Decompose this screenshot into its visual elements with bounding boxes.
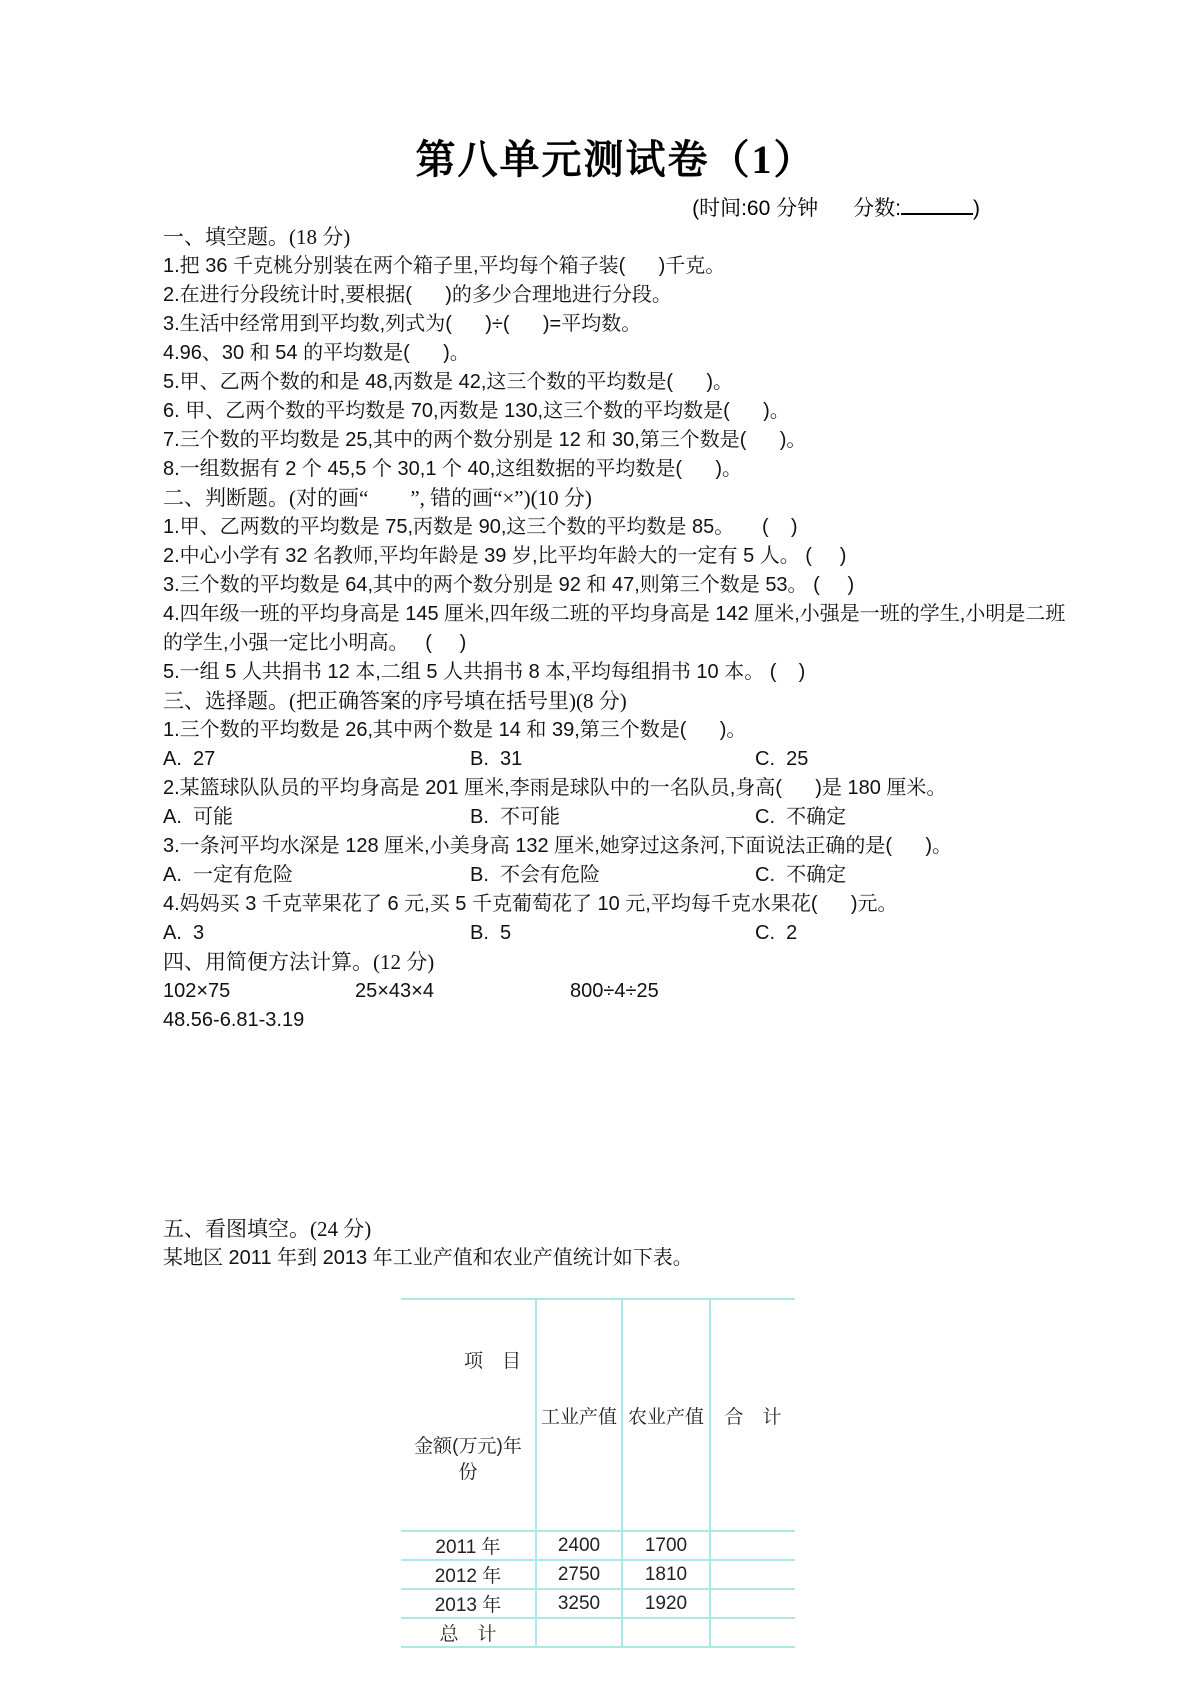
corner-top-label: 项 目	[401, 1344, 535, 1374]
fill-item: 2.在进行分段统计时,要根据( )的多少合理地进行分段。	[163, 281, 1068, 310]
section-3-header: 三、选择题。(把正确答案的序号填在括号里)(8 分)	[163, 687, 1068, 716]
choice-stem: 1.三个数的平均数是 26,其中两个数是 14 和 39,第三个数是( )。	[163, 716, 1068, 745]
judge-item: 1.甲、乙两数的平均数是 75,丙数是 90,这三个数的平均数是 85。 ( )	[163, 513, 1068, 542]
fill-item: 6. 甲、乙两个数的平均数是 70,丙数是 130,这三个数的平均数是( )。	[163, 397, 1068, 426]
agriculture-value: 1810	[622, 1560, 710, 1589]
judge-item: 5.一组 5 人共捐书 12 本,二组 5 人共捐书 8 本,平均每组捐书 10…	[163, 658, 1068, 687]
option-a: A. 可能	[163, 803, 470, 832]
agriculture-value: 1920	[622, 1589, 710, 1618]
total-value-blank	[710, 1531, 795, 1560]
option-a: A. 一定有危险	[163, 861, 470, 890]
option-a: A. 3	[163, 919, 470, 948]
score-blank-line	[901, 195, 973, 215]
fill-item: 7.三个数的平均数是 25,其中的两个数分别是 12 和 30,第三个数是( )…	[163, 426, 1068, 455]
table-row: 2012 年 2750 1810	[401, 1560, 795, 1589]
page-title: 第八单元测试卷（1）	[163, 132, 1068, 188]
section-1-header: 一、填空题。(18 分)	[163, 223, 1068, 252]
table-intro: 某地区 2011 年到 2013 年工业产值和农业产值统计如下表。	[163, 1244, 1068, 1273]
fill-item: 8.一组数据有 2 个 45,5 个 30,1 个 40,这组数据的平均数是( …	[163, 455, 1068, 484]
calc-expressions-row: 102×75 25×43×4 800÷4÷25	[163, 977, 1068, 1006]
table-row: 2011 年 2400 1700	[401, 1531, 795, 1560]
choice-stem: 4.妈妈买 3 千克苹果花了 6 元,买 5 千克葡萄花了 10 元,平均每千克…	[163, 890, 1068, 919]
choice-options: A. 可能 B. 不可能 C. 不确定	[163, 803, 1068, 832]
meta-close-paren: )	[973, 197, 980, 220]
judge-item: 2.中心小学有 32 名教师,平均年龄是 39 岁,比平均年龄大的一定有 5 人…	[163, 542, 1068, 571]
row-label: 2013 年	[401, 1589, 536, 1618]
time-label: (时间:60 分钟	[692, 197, 818, 220]
option-c: C. 25	[755, 745, 1068, 774]
row-label: 2011 年	[401, 1531, 536, 1560]
corner-header-cell: 项 目 金额(万元)年份	[401, 1299, 536, 1531]
calc-expression: 800÷4÷25	[570, 977, 1068, 1006]
row-label: 2012 年	[401, 1560, 536, 1589]
total-value-blank	[710, 1589, 795, 1618]
fill-item: 4.96、30 和 54 的平均数是( )。	[163, 339, 1068, 368]
col-header-total: 合 计	[710, 1299, 795, 1531]
table-header-row: 项 目 金额(万元)年份 工业产值 农业产值 合 计	[401, 1299, 795, 1531]
option-b: B. 不可能	[470, 803, 755, 832]
industry-value-blank	[536, 1618, 622, 1647]
choice-options: A. 3 B. 5 C. 2	[163, 919, 1068, 948]
agriculture-value-blank	[622, 1618, 710, 1647]
meta-gap	[818, 197, 853, 220]
option-b: B. 不会有危险	[470, 861, 755, 890]
choice-stem: 3.一条河平均水深是 128 厘米,小美身高 132 厘米,她穿过这条河,下面说…	[163, 832, 1068, 861]
blank-work-space	[163, 1035, 1068, 1215]
choice-options: A. 一定有危险 B. 不会有危险 C. 不确定	[163, 861, 1068, 890]
agriculture-value: 1700	[622, 1531, 710, 1560]
calc-expression: 25×43×4	[355, 977, 570, 1006]
fill-item: 3.生活中经常用到平均数,列式为( )÷( )=平均数。	[163, 310, 1068, 339]
table-row: 总 计	[401, 1618, 795, 1647]
choice-options: A. 27 B. 31 C. 25	[163, 745, 1068, 774]
option-b: B. 31	[470, 745, 755, 774]
section-5-header: 五、看图填空。(24 分)	[163, 1215, 1068, 1244]
section-2-header: 二、判断题。(对的画“ ”, 错的画“×”)(10 分)	[163, 484, 1068, 513]
corner-bottom-label: 金额(万元)年份	[401, 1434, 535, 1486]
option-c: C. 2	[755, 919, 1068, 948]
calc-expression: 102×75	[163, 977, 355, 1006]
option-a: A. 27	[163, 745, 470, 774]
judge-item: 3.三个数的平均数是 64,其中的两个数分别是 92 和 47,则第三个数是 5…	[163, 571, 1068, 600]
table-row: 2013 年 3250 1920	[401, 1589, 795, 1618]
meta-line: (时间:60 分钟 分数:)	[163, 194, 1068, 223]
choice-stem: 2.某篮球队队员的平均身高是 201 厘米,李雨是球队中的一名队员,身高( )是…	[163, 774, 1068, 803]
fill-item: 5.甲、乙两个数的和是 48,丙数是 42,这三个数的平均数是( )。	[163, 368, 1068, 397]
option-b: B. 5	[470, 919, 755, 948]
page-content: 第八单元测试卷（1） (时间:60 分钟 分数:) 一、填空题。(18 分) 1…	[163, 132, 1068, 1648]
industry-value: 2750	[536, 1560, 622, 1589]
col-header-agriculture: 农业产值	[622, 1299, 710, 1531]
score-label: 分数:	[853, 197, 901, 220]
judge-item: 4.四年级一班的平均身高是 145 厘米,四年级二班的平均身高是 142 厘米,…	[163, 600, 1068, 658]
total-value-blank	[710, 1560, 795, 1589]
fill-item: 1.把 36 千克桃分别装在两个箱子里,平均每个箱子装( )千克。	[163, 252, 1068, 281]
calc-expression: 48.56-6.81-3.19	[163, 1006, 1068, 1035]
industry-value: 3250	[536, 1589, 622, 1618]
stats-table: 项 目 金额(万元)年份 工业产值 农业产值 合 计 2011 年 2400 1…	[401, 1298, 795, 1648]
section-4-header: 四、用简便方法计算。(12 分)	[163, 948, 1068, 977]
total-value-blank	[710, 1618, 795, 1647]
option-c: C. 不确定	[755, 861, 1068, 890]
document-page: 第八单元测试卷（1） (时间:60 分钟 分数:) 一、填空题。(18 分) 1…	[0, 0, 1191, 1684]
col-header-industry: 工业产值	[536, 1299, 622, 1531]
row-label: 总 计	[401, 1618, 536, 1647]
industry-value: 2400	[536, 1531, 622, 1560]
option-c: C. 不确定	[755, 803, 1068, 832]
